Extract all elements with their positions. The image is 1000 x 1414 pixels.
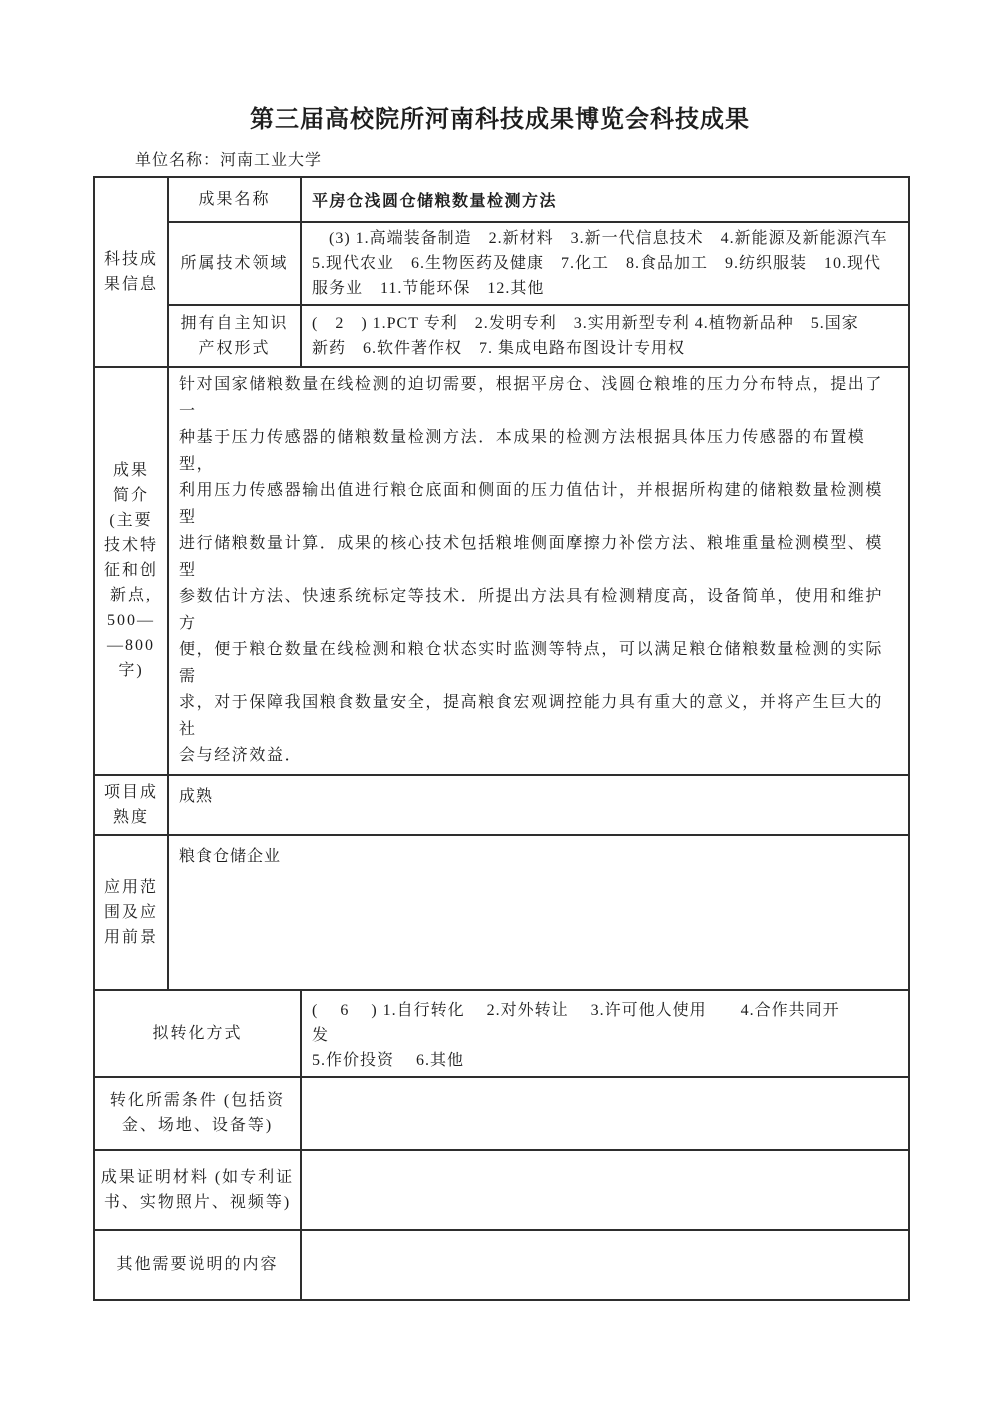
- maturity-value: 成熟: [168, 775, 909, 835]
- ipr-form-value: ( 2 ) 1.PCT 专利 2.发明专利 3.实用新型专利 4.植物新品种 5…: [301, 305, 909, 367]
- ipr-form-label: 拥有自主知识 产权形式: [168, 305, 301, 367]
- application-value: 粮食仓储企业: [168, 835, 909, 990]
- brief-value: 针对国家储粮数量在线检测的迫切需要，根据平房仓、浅圆仓粮堆的压力分布特点，提出了…: [168, 367, 909, 775]
- application-label: 应用范 围及应 用前景: [94, 835, 168, 990]
- other-notes-label: 其他需要说明的内容: [94, 1230, 301, 1300]
- row-achievement-name: 科技成 果信息 成果名称 平房仓浅圆仓储粮数量检测方法: [94, 177, 909, 222]
- brief-label: 成果 简介 (主要 技术特 征和创 新点, 500— —800 字): [94, 367, 168, 775]
- row-application: 应用范 围及应 用前景 粮食仓储企业: [94, 835, 909, 990]
- info-group-label: 科技成 果信息: [94, 177, 168, 367]
- transform-mode-label: 拟转化方式: [94, 990, 301, 1077]
- tech-field-label: 所属技术领域: [168, 222, 301, 305]
- page-title: 第三届高校院所河南科技成果博览会科技成果: [0, 106, 1000, 134]
- proof-materials-value: [301, 1150, 909, 1230]
- transform-conditions-value: [301, 1077, 909, 1150]
- tech-field-value: (3) 1.高端装备制造 2.新材料 3.新一代信息技术 4.新能源及新能源汽车…: [301, 222, 909, 305]
- row-transform-mode: 拟转化方式 ( 6 ) 1.自行转化 2.对外转让 3.许可他人使用 4.合作共…: [94, 990, 909, 1077]
- transform-mode-value: ( 6 ) 1.自行转化 2.对外转让 3.许可他人使用 4.合作共同开 发 5…: [301, 990, 909, 1077]
- row-other-notes: 其他需要说明的内容: [94, 1230, 909, 1300]
- row-transform-conditions: 转化所需条件 (包括资 金、场地、设备等): [94, 1077, 909, 1150]
- row-tech-field: 所属技术领域 (3) 1.高端装备制造 2.新材料 3.新一代信息技术 4.新能…: [94, 222, 909, 305]
- achievement-form-table: 科技成 果信息 成果名称 平房仓浅圆仓储粮数量检测方法 所属技术领域 (3) 1…: [93, 176, 910, 1301]
- achievement-name-value: 平房仓浅圆仓储粮数量检测方法: [301, 177, 909, 222]
- other-notes-value: [301, 1230, 909, 1300]
- maturity-label: 项目成 熟度: [94, 775, 168, 835]
- row-proof-materials: 成果证明材料 (如专利证 书、实物照片、视频等): [94, 1150, 909, 1230]
- achievement-name-label: 成果名称: [168, 177, 301, 222]
- unit-name-line: 单位名称：河南工业大学: [135, 150, 1000, 171]
- proof-materials-label: 成果证明材料 (如专利证 书、实物照片、视频等): [94, 1150, 301, 1230]
- row-maturity: 项目成 熟度 成熟: [94, 775, 909, 835]
- document-page: 第三届高校院所河南科技成果博览会科技成果 单位名称：河南工业大学 科技成 果信息…: [0, 0, 1000, 1414]
- row-brief: 成果 简介 (主要 技术特 征和创 新点, 500— —800 字) 针对国家储…: [94, 367, 909, 775]
- row-ipr-form: 拥有自主知识 产权形式 ( 2 ) 1.PCT 专利 2.发明专利 3.实用新型…: [94, 305, 909, 367]
- transform-conditions-label: 转化所需条件 (包括资 金、场地、设备等): [94, 1077, 301, 1150]
